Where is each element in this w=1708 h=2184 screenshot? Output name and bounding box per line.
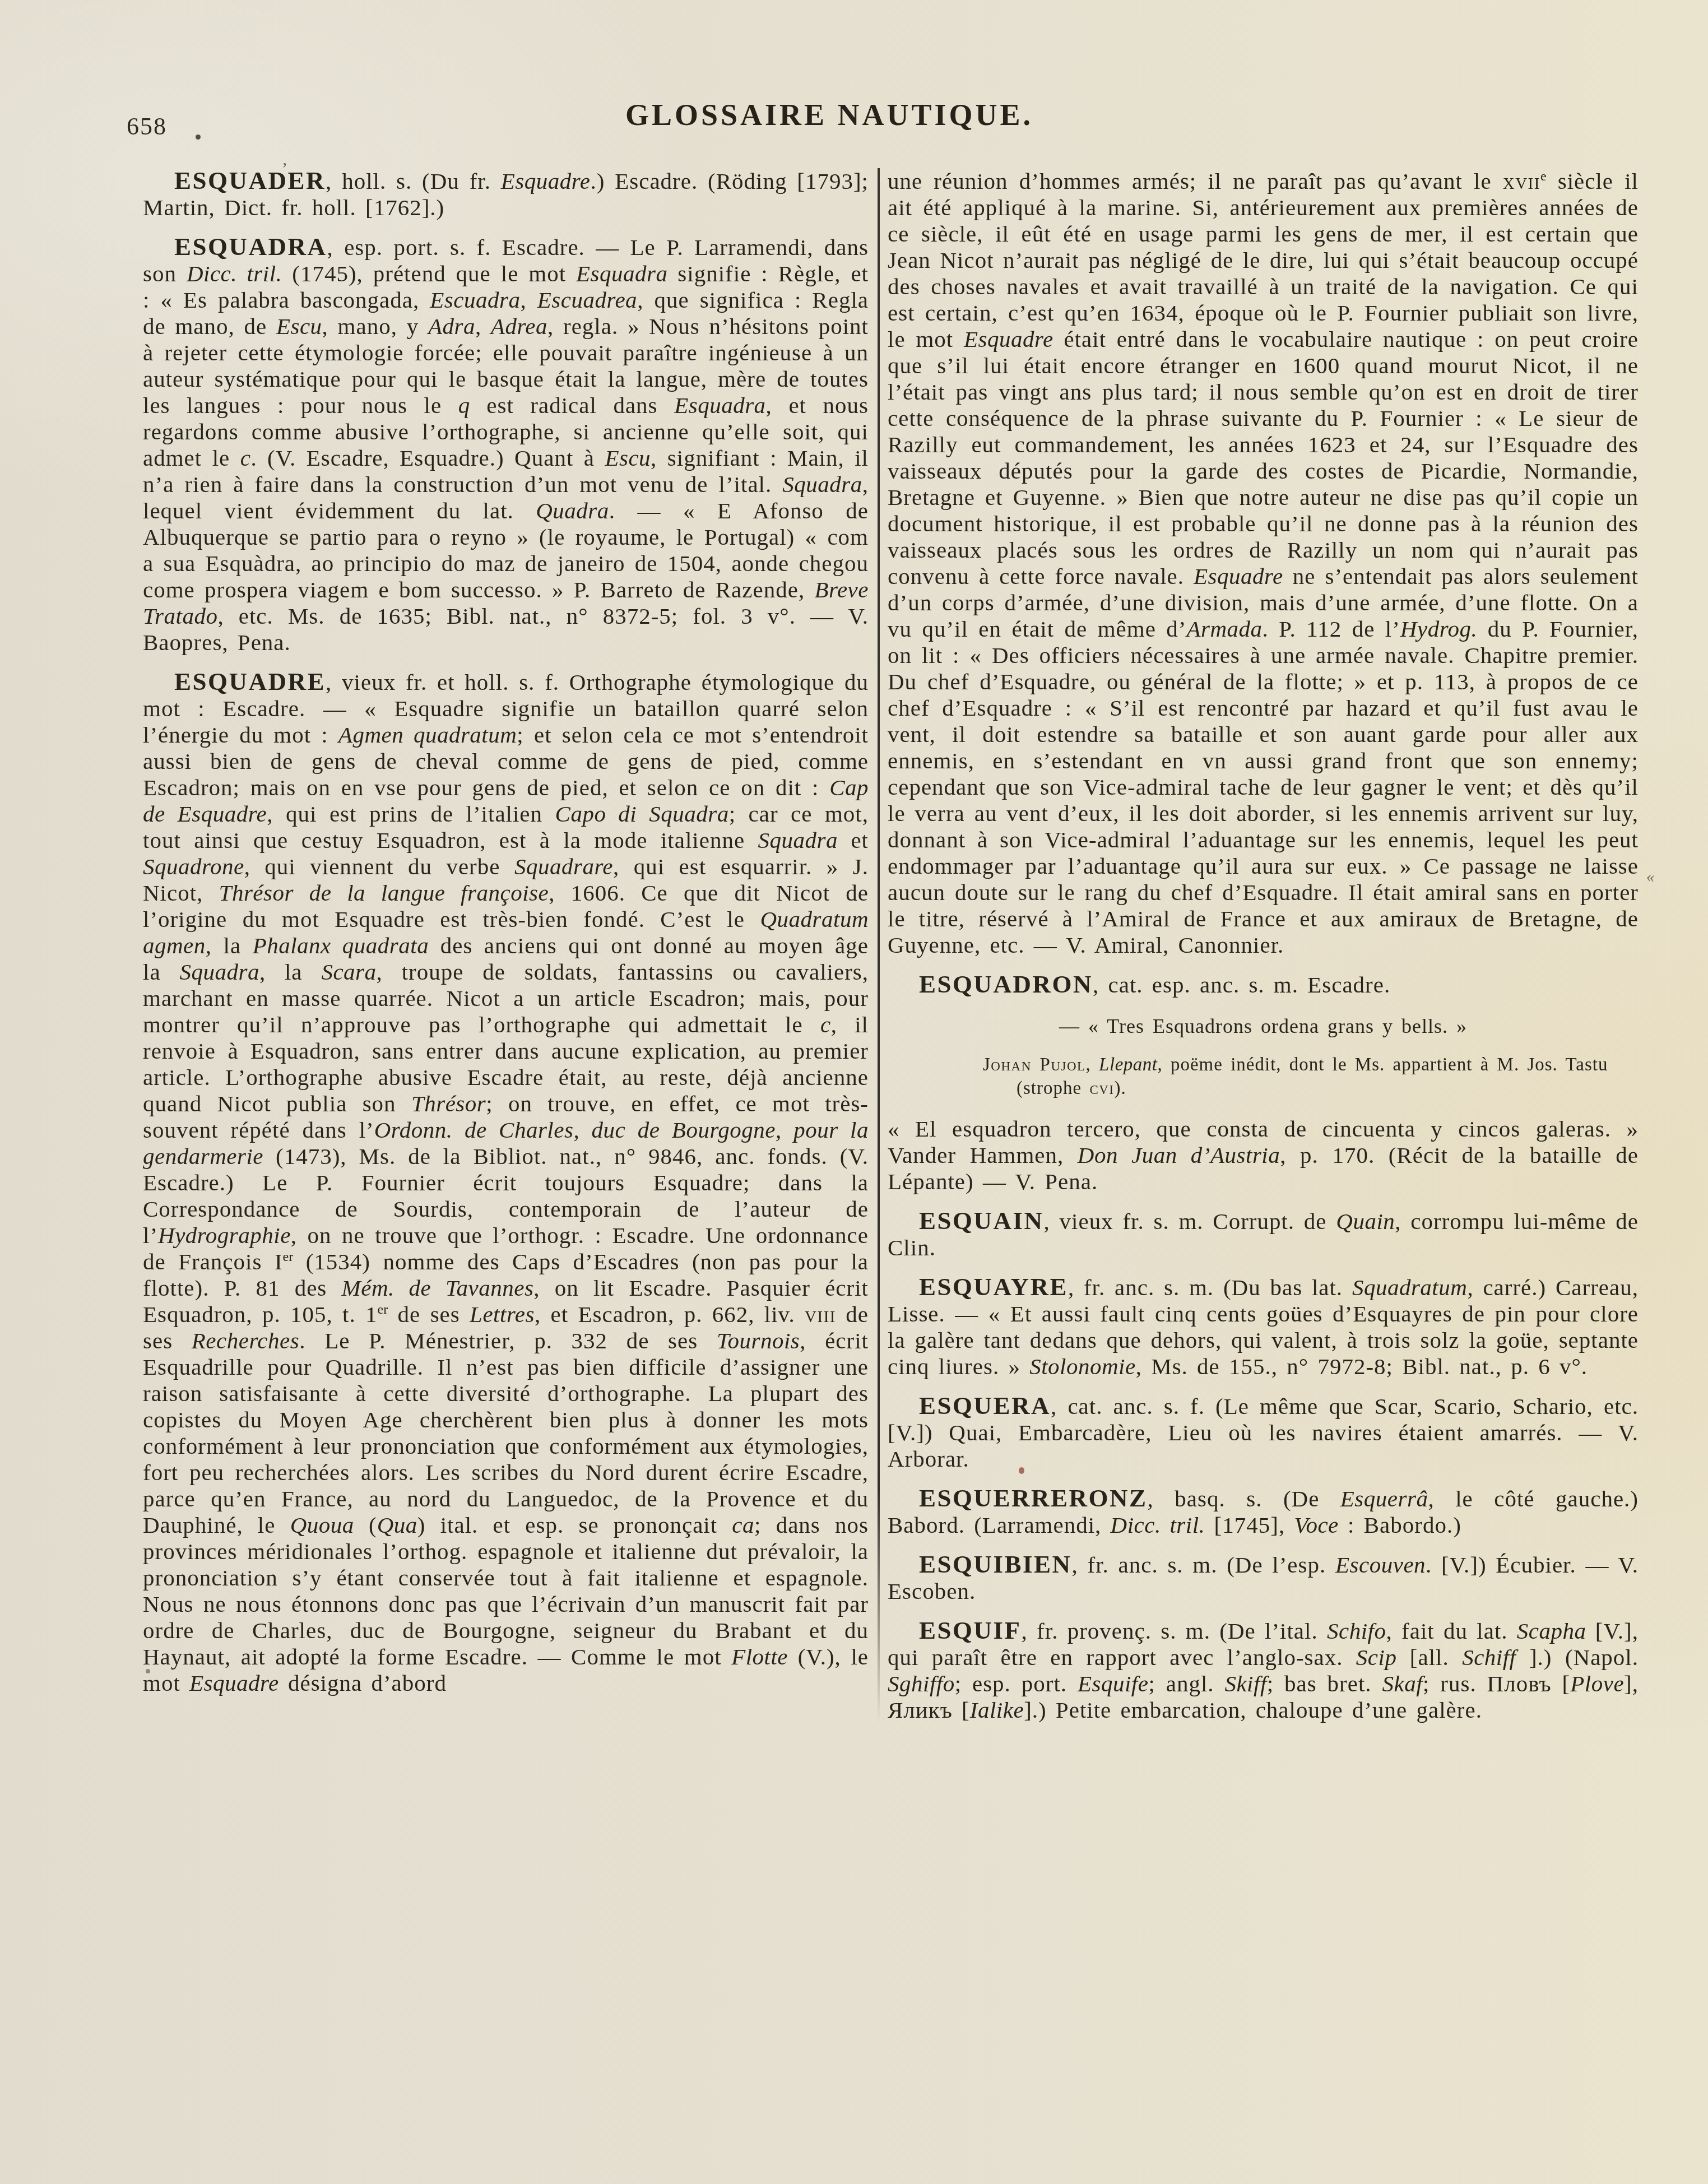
column-right: une réunion d’hommes armés; il ne paraît… (888, 168, 1639, 1723)
esquadron-quote: « El esquadron tercero, que consta de ci… (888, 1116, 1639, 1195)
ink-speck (146, 1669, 150, 1673)
ink-speck: ’ (282, 159, 287, 178)
page-number: 658 (127, 112, 167, 141)
entry-esquerreronz: ESQUERRERONZ, basq. s. (De Esquerrâ, le … (888, 1486, 1639, 1538)
entry-esquader: ESQUADER, holl. s. (Du fr. Esquadre.) Es… (143, 168, 869, 221)
entry-esquain: ESQUAIN, vieux fr. s. m. Corrupt. de Qua… (888, 1208, 1639, 1261)
entry-esquera: ESQUERA, cat. anc. s. f. (Le même que Sc… (888, 1393, 1639, 1472)
text-block: ESQUADER, holl. s. (Du fr. Esquadre.) Es… (143, 168, 1639, 1723)
esquadron-verse: — « Tres Esquadrons ordena grans y bells… (888, 1014, 1639, 1038)
ink-speck (1019, 1467, 1024, 1474)
entry-esquadre: ESQUADRE, vieux fr. et holl. s. f. Ortho… (143, 669, 869, 1696)
entry-esquayre: ESQUAYRE, fr. anc. s. m. (Du bas lat. Sq… (888, 1274, 1639, 1380)
ink-speck (196, 135, 201, 140)
ink-speck: « (1645, 867, 1656, 887)
column-left: ESQUADER, holl. s. (Du fr. Esquadre.) Es… (143, 168, 869, 1723)
entry-esquadre-continuation: une réunion d’hommes armés; il ne paraît… (888, 168, 1639, 958)
entry-esquif: ESQUIF, fr. provenç. s. m. (De l’ital. S… (888, 1618, 1639, 1723)
entry-esquadron: ESQUADRON, cat. esp. anc. s. m. Escadre. (888, 972, 1639, 998)
column-divider-rule (878, 168, 880, 1723)
entry-esquadra: ESQUADRA, esp. port. s. f. Escadre. — Le… (143, 234, 869, 656)
scanned-book-page: { "meta": { "document_kind": "scanned di… (0, 0, 1708, 2184)
entry-esquibien: ESQUIBIEN, fr. anc. s. m. (De l’esp. Esc… (888, 1552, 1639, 1605)
page-title: GLOSSAIRE NAUTIQUE. (625, 98, 1033, 132)
paper-background: 658 GLOSSAIRE NAUTIQUE. ESQUADER, holl. … (0, 0, 1708, 2184)
esquadron-citation: Johan Pujol, Llepant, poëme inédit, dont… (888, 1053, 1639, 1100)
